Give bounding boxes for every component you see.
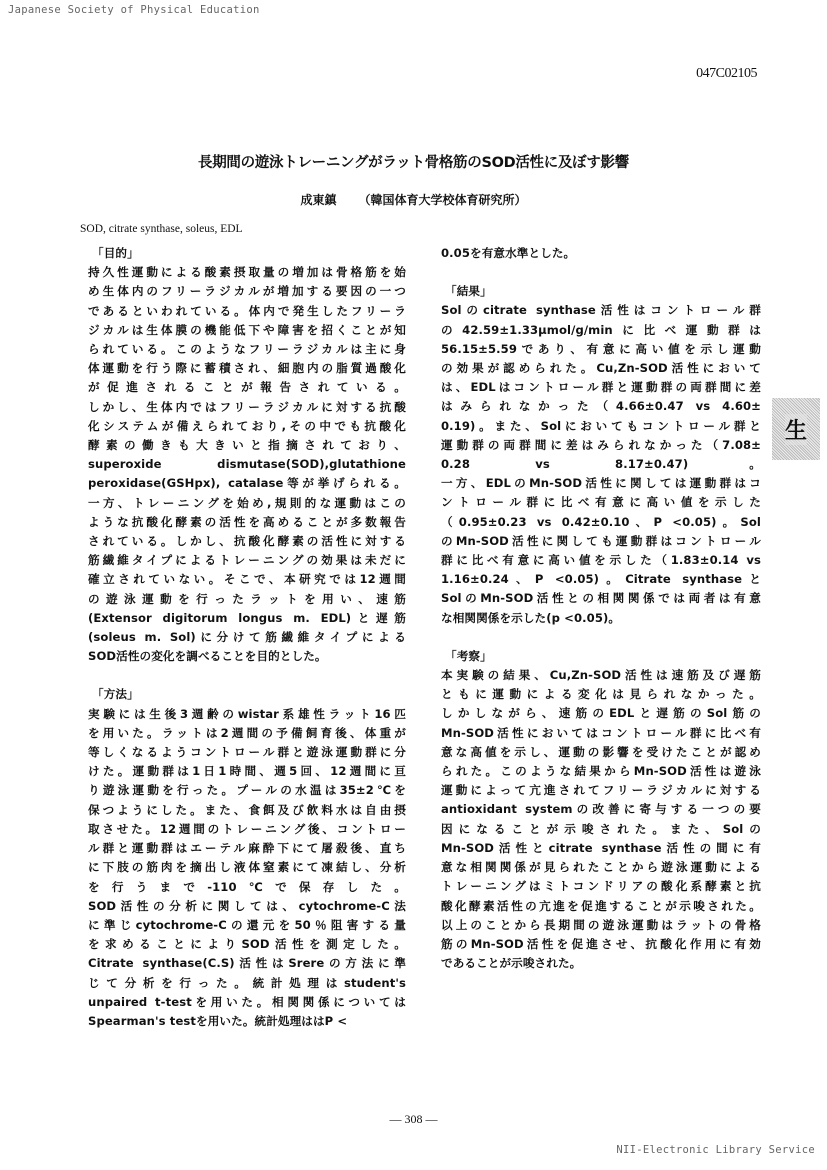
text-line: 酸化酵素活性の亢進を促進することが示唆された。 bbox=[441, 897, 761, 916]
text-line: けた。運動群は1日1時間、週5回、12週間に亘 bbox=[88, 762, 406, 781]
text-line: ジカルは生体膜の機能低下や障害を招くことが知 bbox=[88, 321, 406, 340]
paper-title: 長期間の遊泳トレーニングがラット骨格筋のSOD活性に及ぼす影響 bbox=[0, 151, 827, 172]
section-heading-results: 「結果」 bbox=[445, 282, 761, 301]
text-line: Mn-SOD活性においてはコントロール群に比べ有 bbox=[441, 724, 761, 743]
text-line: Solのcitrate synthase活性はコントロール群 bbox=[441, 301, 761, 320]
methods-continued: 0.05を有意水準とした。 bbox=[441, 244, 761, 263]
text-line: 実験には生後3週齢のwistar系雄性ラット16匹 bbox=[88, 705, 406, 724]
text-line: antioxidant systemの改善に寄与する一つの要 bbox=[441, 800, 761, 819]
text-line: に準じcytochrome-Cの還元を50％阻害する量 bbox=[88, 916, 406, 935]
text-line: 酵素の働きも大きいと指摘されており、 bbox=[88, 436, 406, 455]
text-line: 1.16±0.24、P <0.05)。Citrate synthaseと bbox=[441, 570, 761, 589]
text-line: 一方、トレーニングを始め,規則的な運動はこの bbox=[88, 494, 406, 513]
text-line: unpaired t-testを用いた。相関関係については bbox=[88, 993, 406, 1012]
text-line: 等しくなるようコントロール群と遊泳運動群に分 bbox=[88, 743, 406, 762]
text-line: られている。このようなフリーラジカルは主に身 bbox=[88, 340, 406, 359]
page-number: ― 308 ― bbox=[0, 1112, 827, 1127]
text-line: 本実験の結果、Cu,Zn-SOD活性は速筋及び遅筋 bbox=[441, 666, 761, 685]
text-line: 意な高値を示し、運動の影響を受けたことが認め bbox=[441, 743, 761, 762]
text-line: 以上のことから長期間の遊泳運動はラットの骨格 bbox=[441, 916, 761, 935]
text-line: 保つようにした。また、食餌及び飲料水は自由摂 bbox=[88, 801, 406, 820]
text-line: の効果が認められた。Cu,Zn-SOD活性において bbox=[441, 359, 761, 378]
methods-body: 実験には生後3週齢のwistar系雄性ラット16匹を用いた。ラットは2週間の予備… bbox=[88, 705, 406, 1031]
text-line: SolのMn-SOD活性との相関関係では両者は有意 bbox=[441, 589, 761, 608]
author-name: 成東鎮 bbox=[300, 193, 336, 207]
text-line: に下肢の筋肉を摘出し液体窒素にて凍結し、分析 bbox=[88, 858, 406, 877]
text-line: Spearman's testを用いた。統計処理ははP < bbox=[88, 1012, 406, 1031]
text-line: Citrate synthase(C.S)活性はSrereの方法に準 bbox=[88, 954, 406, 973]
left-column: 「目的」 持久性運動による酸素摂取量の増加は骨格筋を始め生体内のフリーラジカルが… bbox=[88, 244, 406, 1031]
text-line: 一方、EDLのMn-SOD活性に関しては運動群はコ bbox=[441, 474, 761, 493]
section-side-tab: 生 bbox=[772, 398, 820, 460]
text-line: SOD活性の変化を調べることを目的とした。 bbox=[88, 647, 406, 666]
text-line: は、EDLはコントロール群と運動群の両群間に差 bbox=[441, 378, 761, 397]
society-header: Japanese Society of Physical Education bbox=[8, 4, 260, 16]
text-line: の遊泳運動を行ったラットを用い、速筋 bbox=[88, 590, 406, 609]
text-line: 運動群の両群間に差はみられなかった（7.08± bbox=[441, 436, 761, 455]
text-line: はみられなかった（4.66±0.47 vs 4.60± bbox=[441, 397, 761, 416]
text-line: の42.59±1.33μmol/g/minに比べ運動群は bbox=[441, 321, 761, 340]
text-line: されている。しかし、抗酸化酵素の活性に対する bbox=[88, 532, 406, 551]
results-body: Solのcitrate synthase活性はコントロール群の42.59±1.3… bbox=[441, 301, 761, 627]
text-line: 意な相関関係が見られたことから遊泳運動による bbox=[441, 858, 761, 877]
text-line: 取させた。12週間のトレーニング後、コントロー bbox=[88, 820, 406, 839]
section-heading-purpose: 「目的」 bbox=[92, 244, 406, 263]
text-line: 0.28 vs 8.17±0.47)。 bbox=[441, 455, 761, 474]
text-line: （0.95±0.23 vs 0.42±0.10、P <0.05)。Sol bbox=[441, 513, 761, 532]
text-line: られた。このような結果からMn-SOD活性は遊泳 bbox=[441, 762, 761, 781]
keywords: SOD, citrate synthase, soleus, EDL bbox=[80, 223, 243, 235]
text-line: 化システムが備えられており,その中でも抗酸化 bbox=[88, 417, 406, 436]
text-line: peroxidase(GSHpx), catalase等が挙げられる。 bbox=[88, 474, 406, 493]
paper-code: 047C02105 bbox=[696, 66, 757, 82]
text-line: 筋繊維タイプによるトレーニングの効果は未だに bbox=[88, 551, 406, 570]
text-line: ントロール群に比べ有意に高い値を示した bbox=[441, 493, 761, 512]
text-line: ル群と運動群はエーテル麻酔下にて屠殺後、直ち bbox=[88, 839, 406, 858]
right-column: 0.05を有意水準とした。 「結果」 Solのcitrate synthase活… bbox=[441, 244, 761, 973]
text-line: じて分析を行った。統計処理はstudent's bbox=[88, 974, 406, 993]
text-line: (Extensor digitorum longus m. EDL)と遅筋 bbox=[88, 609, 406, 628]
text-line: を求めることによりSOD活性を測定した。 bbox=[88, 935, 406, 954]
text-line: であるといわれている。体内で発生したフリーラ bbox=[88, 302, 406, 321]
author-affiliation: （韓国体育大学校体育研究所） bbox=[359, 193, 527, 207]
purpose-body: 持久性運動による酸素摂取量の増加は骨格筋を始め生体内のフリーラジカルが増加する要… bbox=[88, 263, 406, 666]
text-line: superoxide dismutase(SOD),glutathione bbox=[88, 455, 406, 474]
footer-service: NII-Electronic Library Service bbox=[616, 1144, 815, 1156]
text-line: 筋のMn-SOD活性を促進させ、抗酸化作用に有効 bbox=[441, 935, 761, 954]
text-line: しかし、生体内ではフリーラジカルに対する抗酸 bbox=[88, 398, 406, 417]
text-line: 体運動を行う際に蓄積され、細胞内の脂質過酸化 bbox=[88, 359, 406, 378]
text-line: Mn-SOD活性とcitrate synthase活性の間に有 bbox=[441, 839, 761, 858]
text-line: 0.19)。また、Solにおいてもコントロール群と bbox=[441, 417, 761, 436]
text-line: 因になることが示唆された。また、Solの bbox=[441, 820, 761, 839]
text-line: め生体内のフリーラジカルが増加する要因の一つ bbox=[88, 282, 406, 301]
text-line: トレーニングはミトコンドリアの酸化系酵素と抗 bbox=[441, 877, 761, 896]
author-line: 成東鎮（韓国体育大学校体育研究所） bbox=[0, 191, 827, 208]
text-line: り遊泳運動を行った。プールの水温は35±2℃を bbox=[88, 781, 406, 800]
text-line: 群に比べ有意に高い値を示した（1.83±0.14 vs bbox=[441, 551, 761, 570]
text-line: を行うまで-110℃で保存した。 bbox=[88, 878, 406, 897]
side-tab-label: 生 bbox=[785, 414, 807, 445]
section-heading-methods: 「方法」 bbox=[92, 685, 406, 704]
section-heading-discussion: 「考察」 bbox=[445, 647, 761, 666]
text-line: であることが示唆された。 bbox=[441, 954, 761, 973]
text-line: が促進されることが報告されている。 bbox=[88, 378, 406, 397]
discussion-body: 本実験の結果、Cu,Zn-SOD活性は速筋及び遅筋ともに運動による変化は見られな… bbox=[441, 666, 761, 973]
text-line: 持久性運動による酸素摂取量の増加は骨格筋を始 bbox=[88, 263, 406, 282]
text-line: を用いた。ラットは2週間の予備飼育後、体重が bbox=[88, 724, 406, 743]
text-line: な相関関係を示した(p <0.05)。 bbox=[441, 609, 761, 628]
text-line: 確立されていない。そこで、本研究では12週間 bbox=[88, 570, 406, 589]
text-line: (soleus m. Sol)に分けて筋繊維タイプによる bbox=[88, 628, 406, 647]
text-line: ともに運動による変化は見られなかった。 bbox=[441, 685, 761, 704]
text-line: 56.15±5.59であり、有意に高い値を示し運動 bbox=[441, 340, 761, 359]
text-line: ような抗酸化酵素の活性を高めることが多数報告 bbox=[88, 513, 406, 532]
text-line: SOD活性の分析に関しては、cytochrome-C法 bbox=[88, 897, 406, 916]
text-line: 運動によって亢進されてフリーラジカルに対する bbox=[441, 781, 761, 800]
text-line: しかしながら、速筋のEDLと遅筋のSol筋の bbox=[441, 704, 761, 723]
text-line: のMn-SOD活性に関しても運動群はコントロール bbox=[441, 532, 761, 551]
